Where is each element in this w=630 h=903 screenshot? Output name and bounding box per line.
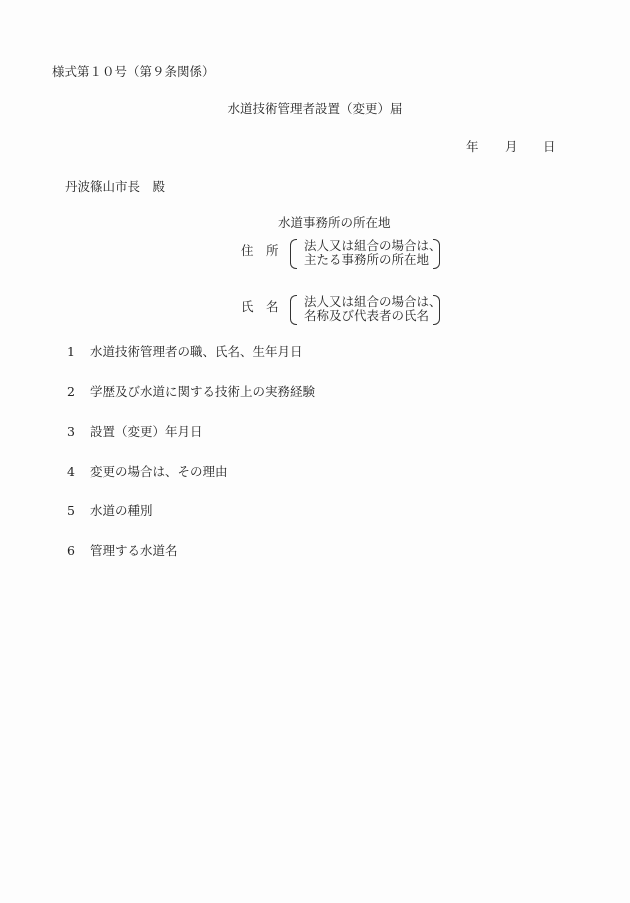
item-number: 3	[67, 426, 75, 439]
right-bracket-icon	[433, 295, 440, 325]
item-text: 変更の場合は、その理由	[90, 466, 228, 479]
name-note: 法人又は組合の場合は、 名称及び代表者の氏名	[290, 295, 440, 325]
address-note: 法人又は組合の場合は、 主たる事務所の所在地	[290, 239, 440, 269]
address-note-line1: 法人又は組合の場合は、	[304, 240, 442, 253]
addressee: 丹波篠山市長 殿	[65, 181, 165, 194]
item-number: 2	[67, 386, 75, 399]
form-number: 様式第１０号（第９条関係）	[52, 66, 215, 79]
right-bracket-icon	[433, 239, 440, 269]
item-number: 1	[67, 346, 75, 359]
address-note-line2: 主たる事務所の所在地	[304, 254, 429, 267]
item-text: 管理する水道名	[90, 545, 178, 558]
name-note-line1: 法人又は組合の場合は、	[304, 296, 442, 309]
name-note-line2: 名称及び代表者の氏名	[304, 310, 429, 323]
name-label: 氏 名	[241, 301, 279, 314]
office-location-label: 水道事務所の所在地	[278, 217, 391, 230]
item-number: 5	[67, 505, 75, 518]
left-bracket-icon	[290, 295, 297, 325]
date-month-label: 月	[505, 141, 518, 154]
item-number: 6	[67, 545, 75, 558]
date-year-label: 年	[466, 141, 479, 154]
item-text: 設置（変更）年月日	[90, 426, 203, 439]
date-day-label: 日	[543, 141, 556, 154]
item-text: 学歴及び水道に関する技術上の実務経験	[90, 386, 315, 399]
item-number: 4	[67, 466, 75, 479]
item-text: 水道の種別	[90, 505, 153, 518]
left-bracket-icon	[290, 239, 297, 269]
item-text: 水道技術管理者の職、氏名、生年月日	[90, 346, 303, 359]
document-title: 水道技術管理者設置（変更）届	[0, 103, 630, 116]
address-label: 住 所	[241, 245, 279, 258]
